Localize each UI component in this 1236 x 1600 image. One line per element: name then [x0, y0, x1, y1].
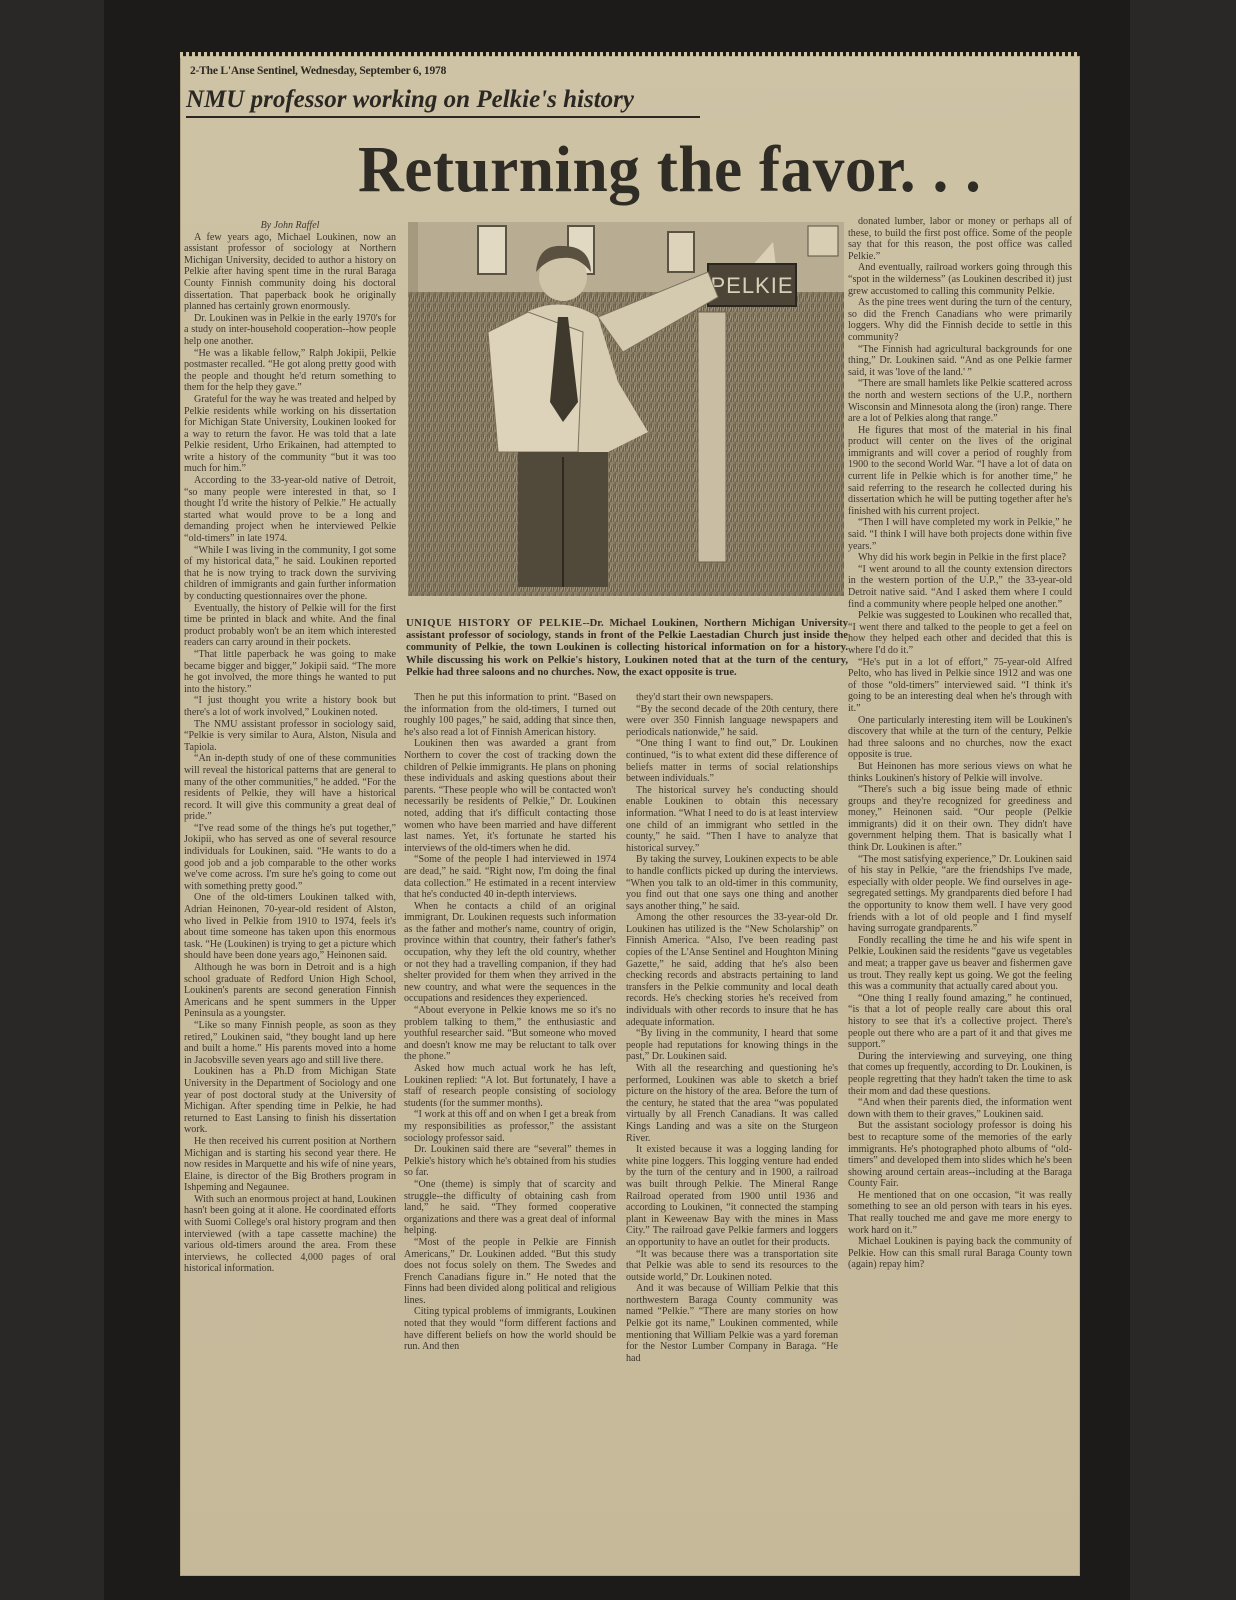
paragraph: “I just thought you write a history book… — [184, 695, 396, 718]
paragraph: Loukinen has a Ph.D from Michigan State … — [184, 1066, 396, 1136]
paragraph: they'd start their own newspapers. — [626, 692, 838, 704]
paragraph: But Heinonen has more serious views on w… — [848, 761, 1072, 784]
paragraph: But the assistant sociology professor is… — [848, 1120, 1072, 1190]
paragraph: Then he put this information to print. “… — [404, 692, 616, 738]
paragraph: “Most of the people in Pelkie are Finnis… — [404, 1237, 616, 1307]
paragraph: A few years ago, Michael Loukinen, now a… — [184, 232, 396, 313]
paragraph: “An in-depth study of one of these commu… — [184, 753, 396, 823]
paragraph: According to the 33-year-old native of D… — [184, 475, 396, 545]
paragraph: He mentioned that on one occasion, “it w… — [848, 1190, 1072, 1236]
paragraph: Pelkie was suggested to Loukinen who rec… — [848, 610, 1072, 656]
newspaper-clipping: 2-The L'Anse Sentinel, Wednesday, Septem… — [180, 56, 1080, 1576]
paragraph: “About everyone in Pelkie knows me so it… — [404, 1005, 616, 1063]
paragraph: “I went around to all the county extensi… — [848, 564, 1072, 610]
paragraph: Dr. Loukinen said there are “several” th… — [404, 1144, 616, 1179]
paragraph: “It was because there was a transportati… — [626, 1249, 838, 1284]
paragraph: “By the second decade of the 20th centur… — [626, 704, 838, 739]
paragraph: He then received his current position at… — [184, 1136, 396, 1194]
paragraph: With such an enormous project at hand, L… — [184, 1194, 396, 1275]
kicker-headline: NMU professor working on Pelkie's histor… — [186, 86, 700, 118]
paragraph: “One thing I want to find out,” Dr. Louk… — [626, 738, 838, 784]
paragraph: As the pine trees went during the turn o… — [848, 297, 1072, 343]
paragraph: The historical survey he's conducting sh… — [626, 785, 838, 855]
article-column-3: they'd start their own newspapers.“By th… — [626, 692, 838, 1364]
paragraph: donated lumber, labor or money or perhap… — [848, 216, 1072, 262]
paragraph: Among the other resources the 33-year-ol… — [626, 912, 838, 1028]
paragraph: “While I was living in the community, I … — [184, 545, 396, 603]
paragraph: “That little paperback he was going to m… — [184, 649, 396, 695]
paragraph: Loukinen then was awarded a grant from N… — [404, 738, 616, 854]
paragraph: And it was because of William Pelkie tha… — [626, 1283, 838, 1364]
caption-lead: UNIQUE HISTORY OF PELKIE — [406, 618, 583, 629]
paragraph: Grateful for the way he was treated and … — [184, 394, 396, 475]
article-column-4: donated lumber, labor or money or perhap… — [848, 216, 1072, 1271]
paragraph: “Some of the people I had interviewed in… — [404, 854, 616, 900]
paragraph: Why did his work begin in Pelkie in the … — [848, 552, 1072, 564]
article-column-2: Then he put this information to print. “… — [404, 692, 616, 1353]
paragraph: “Like so many Finnish people, as soon as… — [184, 1020, 396, 1066]
paragraph: He figures that most of the material in … — [848, 425, 1072, 518]
dateline: 2-The L'Anse Sentinel, Wednesday, Septem… — [190, 65, 446, 77]
paragraph: Eventually, the history of Pelkie will f… — [184, 603, 396, 649]
article-photo: PELKIE — [408, 222, 844, 596]
paragraph: The NMU assistant professor in sociology… — [184, 719, 396, 754]
paragraph: “One (theme) is simply that of scarcity … — [404, 1179, 616, 1237]
paragraph: Although he was born in Detroit and is a… — [184, 962, 396, 1020]
paragraph: When he contacts a child of an original … — [404, 901, 616, 1005]
paragraph: “He's put in a lot of effort,” 75-year-o… — [848, 657, 1072, 715]
paragraph: By taking the survey, Loukinen expects t… — [626, 854, 838, 912]
main-headline: Returning the favor. . . — [358, 132, 981, 208]
paragraph: “One thing I really found amazing,” he c… — [848, 993, 1072, 1051]
article-column-1: By John Raffel A few years ago, Michael … — [184, 220, 396, 1275]
photo-caption: UNIQUE HISTORY OF PELKIE--Dr. Michael Lo… — [406, 618, 848, 679]
paragraph: “And when their parents died, the inform… — [848, 1097, 1072, 1120]
paragraph: Asked how much actual work he has left, … — [404, 1063, 616, 1109]
paragraph: Michael Loukinen is paying back the comm… — [848, 1236, 1072, 1271]
paragraph: Citing typical problems of immigrants, L… — [404, 1306, 616, 1352]
paragraph: “There are small hamlets like Pelkie sca… — [848, 378, 1072, 424]
paragraph: It existed because it was a logging land… — [626, 1144, 838, 1248]
photo-illustration: PELKIE — [408, 222, 844, 596]
column-1-body: A few years ago, Michael Loukinen, now a… — [184, 232, 396, 1275]
paragraph: And eventually, railroad workers going t… — [848, 262, 1072, 297]
paragraph: “By living in the community, I heard tha… — [626, 1028, 838, 1063]
paragraph: “The Finnish had agricultural background… — [848, 344, 1072, 379]
paragraph: “I've read some of the things he's put t… — [184, 823, 396, 893]
byline: By John Raffel — [184, 220, 396, 232]
paragraph: One of the old-timers Loukinen talked wi… — [184, 892, 396, 962]
paragraph: “The most satisfying experience,” Dr. Lo… — [848, 854, 1072, 935]
paragraph: “He was a likable fellow,” Ralph Jokipii… — [184, 348, 396, 394]
paragraph: “There's such a big issue being made of … — [848, 784, 1072, 854]
paragraph: “I work at this off and on when I get a … — [404, 1109, 616, 1144]
paragraph: With all the researching and questioning… — [626, 1063, 838, 1144]
paragraph: Fondly recalling the time he and his wif… — [848, 935, 1072, 993]
pelkie-sign-text: PELKIE — [710, 273, 793, 298]
paragraph: Dr. Loukinen was in Pelkie in the early … — [184, 313, 396, 348]
paragraph: One particularly interesting item will b… — [848, 715, 1072, 761]
paragraph: “Then I will have completed my work in P… — [848, 517, 1072, 552]
paragraph: During the interviewing and surveying, o… — [848, 1051, 1072, 1097]
